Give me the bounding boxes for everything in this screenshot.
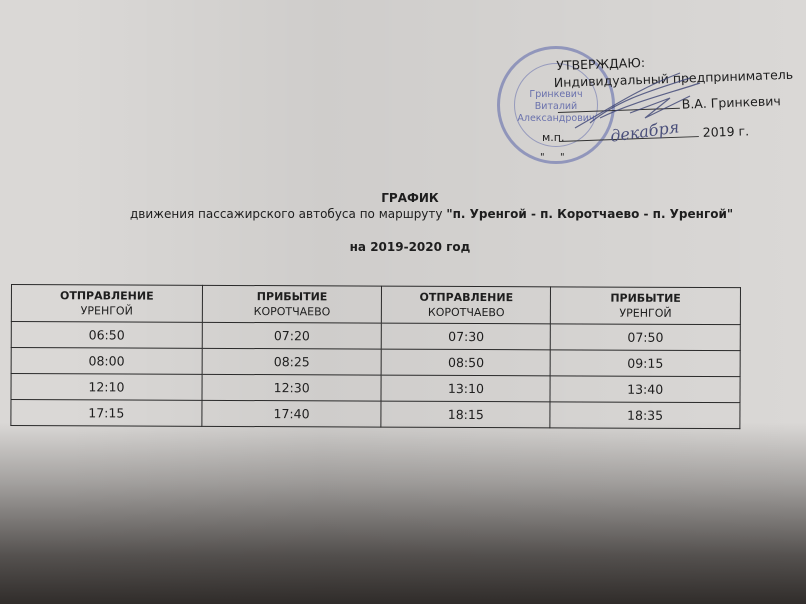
time-cell: 07:20 bbox=[202, 322, 382, 349]
column-header: ОТПРАВЛЕНИЕКОРОТЧАЕВО bbox=[382, 286, 551, 324]
table-row: 17:15 17:40 18:15 18:35 bbox=[11, 400, 740, 429]
column-header-bottom: КОРОТЧАЕВО bbox=[382, 305, 550, 321]
stamp-name: Гринкевич Виталий Александрович bbox=[500, 89, 612, 125]
time-cell: 07:50 bbox=[550, 324, 740, 351]
column-header-bottom: УРЕНГОЙ bbox=[551, 305, 740, 321]
time-cell: 08:00 bbox=[11, 348, 202, 375]
column-header: ОТПРАВЛЕНИЕУРЕНГОЙ bbox=[11, 285, 202, 323]
column-header: ПРИБЫТИЕКОРОТЧАЕВО bbox=[202, 285, 382, 323]
time-cell: 18:35 bbox=[550, 402, 740, 429]
column-header-top: ПРИБЫТИЕ bbox=[551, 290, 740, 306]
stamp-line: Александрович bbox=[500, 113, 612, 125]
table-header-row: ОТПРАВЛЕНИЕУРЕНГОЙ ПРИБЫТИЕКОРОТЧАЕВО ОТ… bbox=[11, 285, 740, 325]
schedule-table: ОТПРАВЛЕНИЕУРЕНГОЙ ПРИБЫТИЕКОРОТЧАЕВО ОТ… bbox=[10, 284, 741, 429]
time-cell: 08:25 bbox=[202, 348, 382, 375]
time-cell: 17:40 bbox=[202, 400, 382, 427]
time-cell: 17:15 bbox=[11, 400, 202, 427]
column-header: ПРИБЫТИЕУРЕНГОЙ bbox=[551, 287, 741, 325]
time-cell: 13:10 bbox=[381, 375, 550, 402]
column-header-top: ПРИБЫТИЕ bbox=[203, 289, 382, 305]
route-name: "п. Уренгой - п. Коротчаево - п. Уренгой… bbox=[446, 207, 733, 221]
table-row: 12:10 12:30 13:10 13:40 bbox=[11, 374, 740, 403]
time-cell: 12:30 bbox=[202, 374, 382, 401]
time-cell: 12:10 bbox=[11, 374, 202, 401]
document-period: на 2019-2020 год bbox=[130, 240, 690, 254]
stamp-line: Гринкевич bbox=[500, 89, 612, 101]
time-cell: 08:50 bbox=[382, 349, 551, 376]
time-cell: 13:40 bbox=[550, 376, 740, 403]
table-row: 08:00 08:25 08:50 09:15 bbox=[11, 348, 740, 377]
stamp-mp-label: м.п. bbox=[542, 131, 564, 144]
stamp-line: Виталий bbox=[500, 101, 612, 113]
table-row: 06:50 07:20 07:30 07:50 bbox=[11, 322, 740, 351]
column-header-top: ОТПРАВЛЕНИЕ bbox=[12, 288, 202, 304]
time-cell: 18:15 bbox=[381, 401, 550, 428]
column-header-top: ОТПРАВЛЕНИЕ bbox=[382, 290, 550, 306]
time-cell: 07:30 bbox=[382, 323, 551, 350]
time-cell: 09:15 bbox=[550, 350, 740, 377]
quote-open: " bbox=[540, 152, 545, 163]
subtitle-text: движения пассажирского автобуса по маршр… bbox=[130, 207, 446, 221]
column-header-bottom: УРЕНГОЙ bbox=[12, 303, 202, 319]
time-cell: 06:50 bbox=[11, 322, 202, 349]
quote-close: " bbox=[560, 152, 565, 163]
column-header-bottom: КОРОТЧАЕВО bbox=[203, 304, 382, 320]
document-title: ГРАФИК bbox=[130, 191, 690, 205]
document-subtitle: движения пассажирского автобуса по маршр… bbox=[130, 207, 690, 221]
